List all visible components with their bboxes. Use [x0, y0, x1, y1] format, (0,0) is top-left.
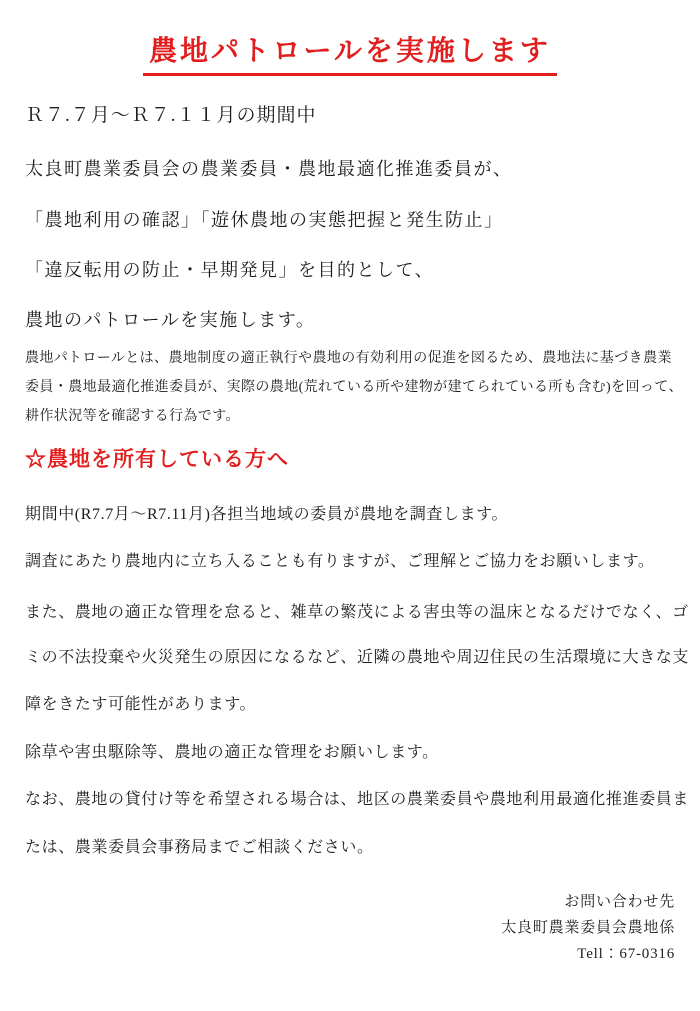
owner-section-line: ミの不法投棄や火災発生の原因になるなど、近隣の農地や周辺住民の生活環境に大きな支: [25, 650, 689, 666]
owner-section-line: 障をきたす可能性があります。: [25, 697, 256, 713]
owner-section-heading: ☆農地を所有している方へ: [25, 449, 289, 470]
patrol-period-line: Ｒ７.７月～Ｒ７.１１月の期間中: [25, 106, 317, 125]
intro-line: 農地のパトロールを実施します。: [25, 311, 315, 329]
owner-section-line: たは、農業委員会事務局までご相談ください。: [25, 840, 374, 856]
intro-line: 「違反転用の防止・早期発見」を目的として、: [25, 261, 434, 279]
notice-page: 農地パトロールを実施します Ｒ７.７月～Ｒ７.１１月の期間中 太良町農業委員会の…: [0, 0, 700, 1011]
owner-section-line: なお、農地の貸付け等を希望される場合は、地区の農業委員や農地利用最適化推進委員ま: [25, 792, 689, 808]
owner-section-line: また、農地の適正な管理を怠ると、雑草の繁茂による害虫等の温床となるだけでなく、ゴ: [25, 605, 689, 621]
definition-line: 委員・農地最適化推進委員が、実際の農地(荒れている所や建物が建てられている所も含…: [25, 373, 677, 402]
definition-line: 耕作状況等を確認する行為です。: [25, 402, 677, 431]
page-title-wrap: 農地パトロールを実施します: [0, 34, 700, 76]
owner-section-line: 調査にあたり農地内に立ち入ることも有りますが、ご理解とご協力をお願いします。: [25, 554, 655, 570]
contact-label: お問い合わせ先: [501, 889, 675, 915]
owner-section-line: 期間中(R7.7月～R7.11月)各担当地域の委員が農地を調査します。: [25, 507, 508, 523]
contact-block: お問い合わせ先 太良町農業委員会農地係 Tell：67-0316: [501, 889, 675, 967]
contact-tel: Tell：67-0316: [501, 941, 675, 967]
intro-line: 太良町農業委員会の農業委員・農地最適化推進委員が、: [25, 160, 513, 178]
definition-line: 農地パトロールとは、農地制度の適正執行や農地の有効利用の促進を図るため、農地法に…: [25, 344, 677, 373]
page-title: 農地パトロールを実施します: [143, 34, 557, 76]
patrol-definition-paragraph: 農地パトロールとは、農地制度の適正執行や農地の有効利用の促進を図るため、農地法に…: [25, 344, 677, 431]
contact-department: 太良町農業委員会農地係: [501, 915, 675, 941]
intro-line: 「農地利用の確認」「遊休農地の実態把握と発生防止」: [25, 211, 504, 229]
owner-section-line: 除草や害虫駆除等、農地の適正な管理をお願いします。: [25, 745, 439, 761]
